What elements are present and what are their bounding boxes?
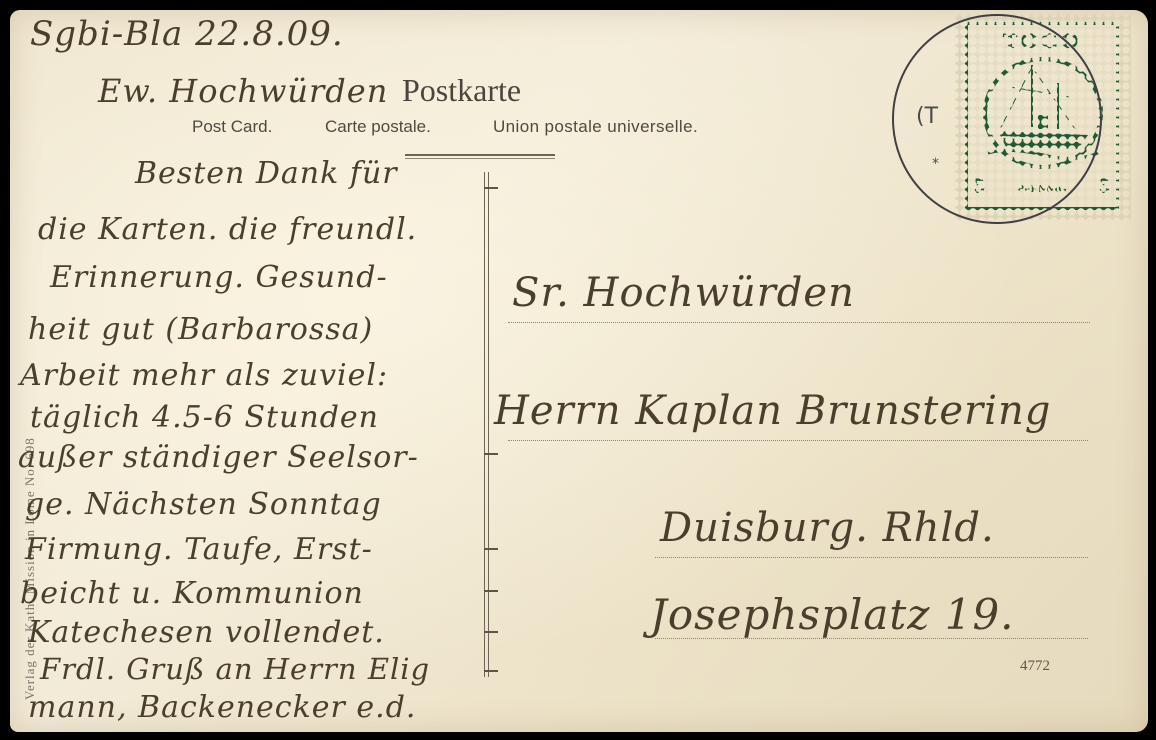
message-line: Erinnerung. Gesund- (50, 260, 388, 295)
message-line: Besten Dank für (135, 156, 398, 191)
address-recipient-name: Herrn Kaplan Brunstering (494, 388, 1051, 434)
message-line: außer ständiger Seelsor- (18, 440, 419, 475)
message-line: Firmung. Taufe, Erst- (25, 532, 373, 567)
message-line: beicht u. Kommunion (20, 576, 364, 611)
header-rule-bottom (405, 158, 555, 159)
card-number: 4772 (1020, 658, 1050, 675)
publisher-imprint: Verlag der Kath. Mission in Lome No. 698 (22, 437, 38, 700)
address-line-1 (508, 322, 1090, 323)
message-salutation: Ew. Hochwürden (98, 72, 388, 110)
divider-line-right (488, 172, 489, 677)
divider-tick (484, 453, 498, 455)
divider-tick (484, 590, 498, 592)
address-street: Josephsplatz 19. (650, 590, 1015, 639)
divider-tick (484, 631, 498, 633)
message-date-line: Sgbi-Bla 22.8.09. (30, 14, 344, 54)
divider-tick (484, 187, 498, 189)
subtitle-post-card: Post Card. (192, 117, 272, 137)
subtitle-union-postale: Union postale universelle. (493, 117, 698, 137)
address-line-3 (655, 557, 1088, 558)
address-recipient-title: Sr. Hochwürden (512, 270, 855, 316)
message-line: die Karten. die freundl. (38, 212, 417, 247)
stamp-value-right: 5 (1099, 173, 1110, 199)
divider-tick (484, 670, 498, 672)
divider-tick (484, 548, 498, 550)
message-line: ge. Nächsten Sonntag (25, 487, 382, 522)
message-line: täglich 4.5-6 Stunden (30, 400, 379, 435)
postmark-star: * (932, 156, 939, 172)
header-rule-top (405, 154, 555, 156)
message-line: Frdl. Gruß an Herrn Elig (40, 652, 430, 686)
subtitle-carte-postale: Carte postale. (325, 117, 431, 137)
divider-line-left (484, 172, 485, 677)
address-line-2 (508, 440, 1088, 441)
address-city: Duisburg. Rhld. (660, 505, 995, 551)
message-line: Katechesen vollendet. (28, 615, 385, 650)
postmark-circle: (T * (892, 14, 1102, 224)
message-line: Arbeit mehr als zuviel: (20, 358, 388, 393)
message-line: mann, Backenecker e.d. (28, 690, 416, 725)
postmark-text: (T (916, 104, 938, 129)
postcard-title: Postkarte (402, 72, 521, 109)
message-line: heit gut (Barbarossa) (28, 312, 373, 347)
